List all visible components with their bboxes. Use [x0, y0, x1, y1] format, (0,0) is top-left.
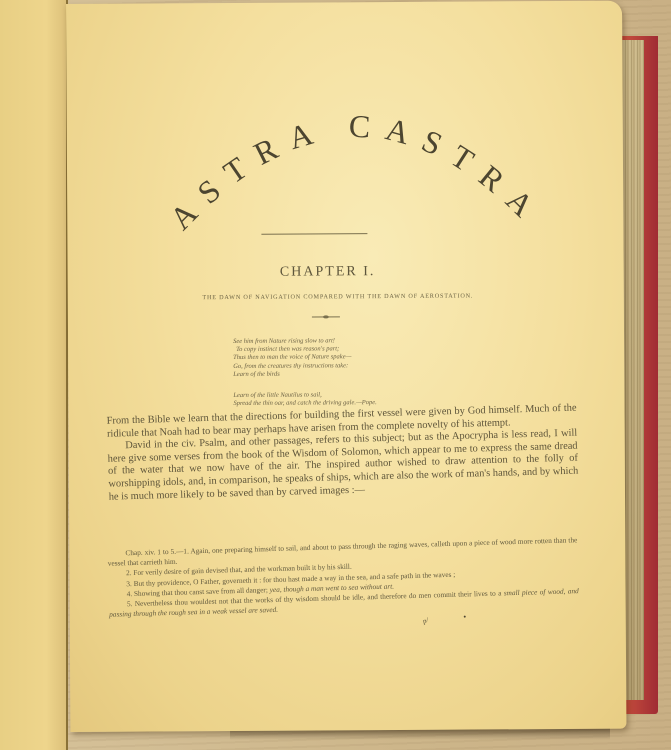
epigraph-verse-closing: Learn of the little Nautilus to sail, Sp… [233, 391, 376, 408]
chapter-body-text: From the Bible we learn that the directi… [107, 403, 579, 504]
arched-book-title: ASTRA CASTRA. [167, 96, 548, 248]
body-paragraph: David in the civ. Psalm, and other passa… [107, 428, 579, 504]
pencil-signature-mark: p/ [422, 616, 430, 625]
book-page: ASTRA CASTRA. CHAPTER I. THE DAWN OF NAV… [66, 1, 626, 732]
epigraph-line: Spread the thin oar, and catch the drivi… [233, 399, 376, 408]
chapter-heading: CHAPTER I. [218, 264, 438, 281]
left-facing-page-edge [0, 0, 68, 750]
title-text-path: ASTRA CASTRA. [155, 67, 551, 237]
epigraph-verse: See him from Nature rising slow to art! … [233, 337, 351, 379]
epigraph-line: Thus then to man the voice of Nature spa… [233, 354, 351, 363]
arched-title-text: ASTRA CASTRA. [155, 67, 551, 237]
chapter-subtitle: THE DAWN OF NAVIGATION COMPARED WITH THE… [138, 292, 538, 301]
arched-title-svg: ASTRA CASTRA. [167, 96, 548, 248]
ornament-divider [312, 316, 340, 317]
epigraph-line: Go, from the creatures thy instructions … [233, 362, 351, 371]
scripture-extract: Chap. xiv. 1 to 5.—1. Again, one prepari… [107, 535, 579, 620]
epigraph-line: Learn of the birds [233, 370, 351, 379]
printer-mark-dot [464, 616, 466, 618]
